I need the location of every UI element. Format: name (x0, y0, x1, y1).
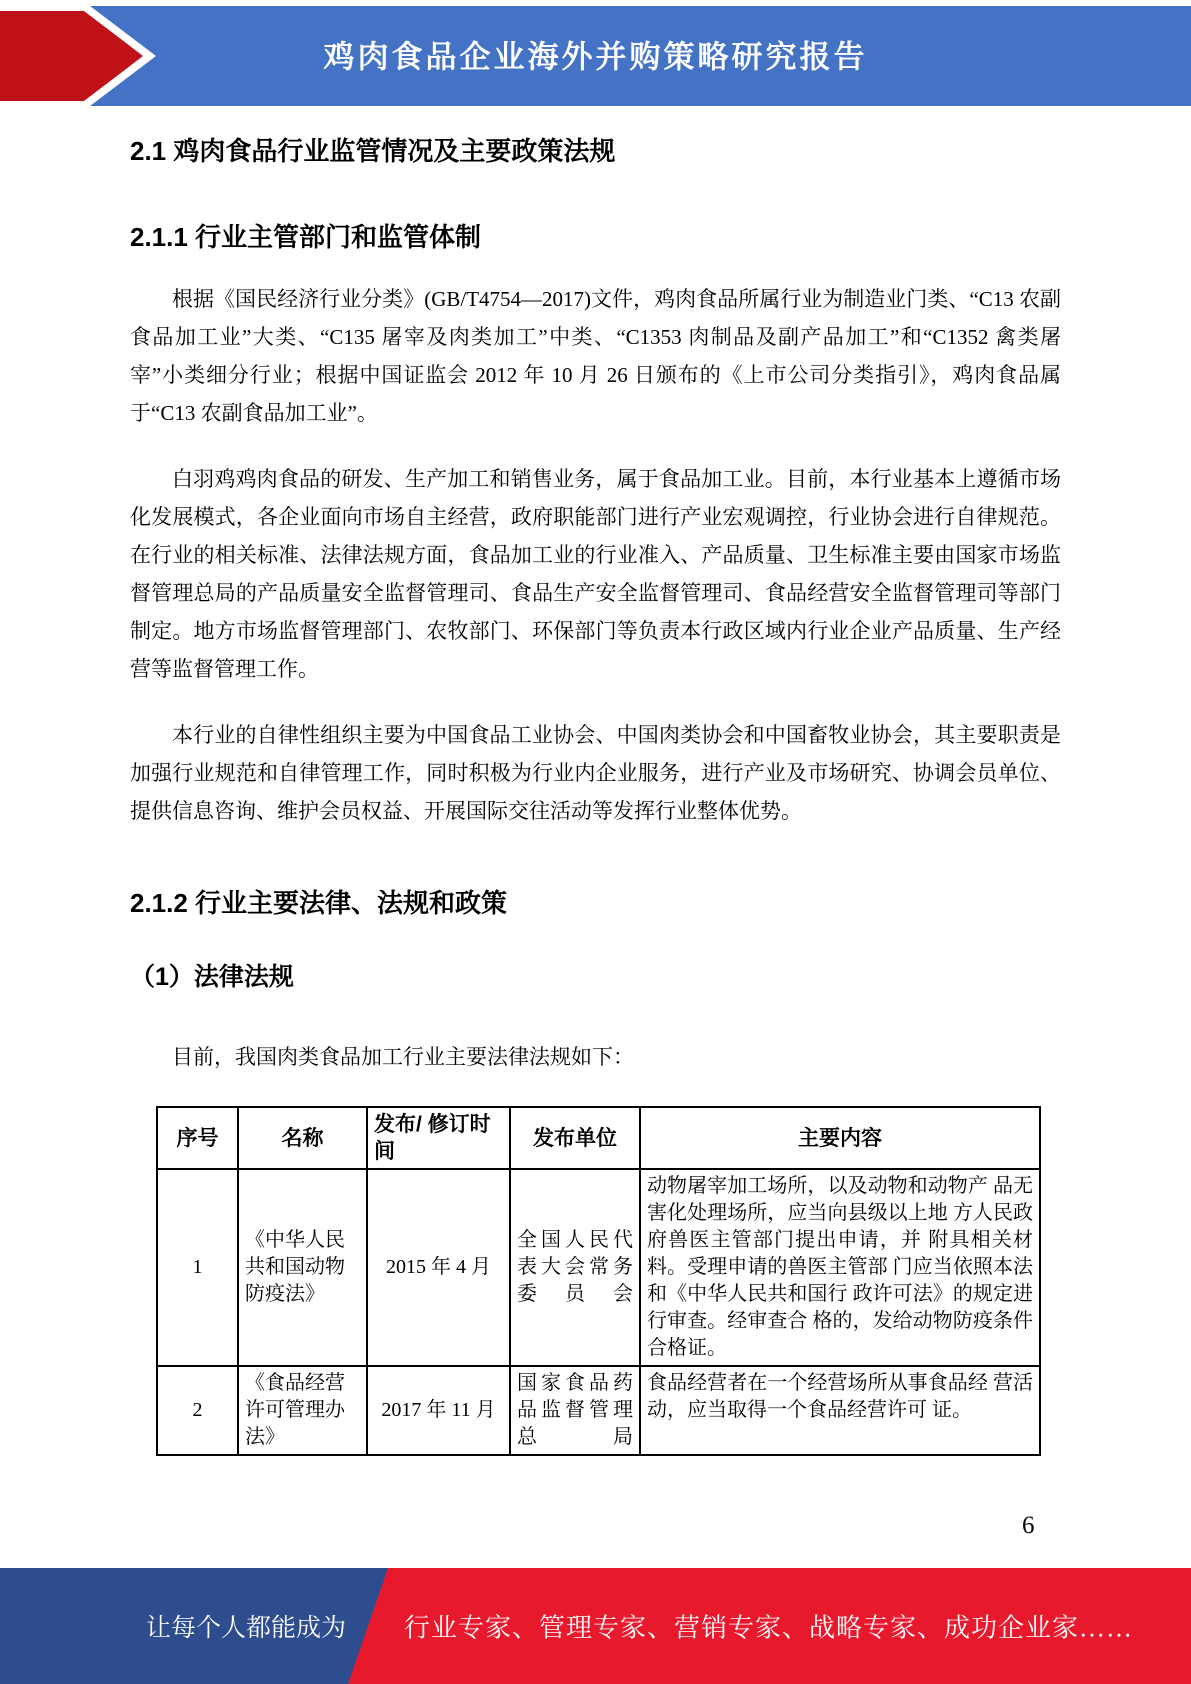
table-row: 2 《食品经营许可管理办法》 2017 年 11 月 国家食品药品监督管理总局 … (157, 1366, 1040, 1455)
footer-slogan-right: 行业专家、管理专家、营销专家、战略专家、成功企业家…… (404, 1608, 1133, 1645)
col-header-issuer: 发布单位 (510, 1107, 640, 1169)
section-heading-2-1-2: 2.1.2 行业主要法律、法规和政策 (130, 886, 1061, 920)
paragraph-self-regulatory-organizations: 本行业的自律性组织主要为中国食品工业协会、中国肉类协会和中国畜牧业协会，其主要职… (130, 716, 1061, 830)
law-1-content: 动物屠宰加工场所，以及动物和动物产 品无害化处理场所，应当向县级以上地 方人民政… (640, 1169, 1040, 1366)
law-1-number: 1 (157, 1169, 238, 1366)
col-header-date: 发布/ 修订时间 (367, 1107, 510, 1169)
col-header-number: 序号 (157, 1107, 238, 1169)
header-banner: 鸡肉食品企业海外并购策略研究报告 (0, 6, 1191, 106)
table-intro-text: 目前，我国肉类食品加工行业主要法律法规如下： (130, 1038, 1061, 1076)
table-row: 1 《中华人民共和国动物防疫法》 2015 年 4 月 全国人民代表大会常务委员… (157, 1169, 1040, 1366)
law-2-number: 2 (157, 1366, 238, 1455)
footer-slogan-left: 让每个人都能成为 (146, 1608, 346, 1644)
report-title: 鸡肉食品企业海外并购策略研究报告 (0, 32, 1191, 77)
paragraph-regulation-system: 白羽鸡鸡肉食品的研发、生产加工和销售业务，属于食品加工业。目前，本行业基本上遵循… (130, 460, 1061, 688)
law-2-content: 食品经营者在一个经营场所从事食品经 营活动，应当取得一个食品经营许可 证。 (640, 1366, 1040, 1455)
law-2-name: 《食品经营许可管理办法》 (238, 1366, 367, 1455)
law-1-issuer: 全国人民代表大会常务委员会 (510, 1169, 640, 1366)
law-1-date: 2015 年 4 月 (367, 1169, 510, 1366)
laws-table: 序号 名称 发布/ 修订时间 发布单位 主要内容 1 《中华人民共和国动物防疫法… (156, 1106, 1041, 1456)
law-2-date: 2017 年 11 月 (367, 1366, 510, 1455)
subsection-heading-laws: （1）法律法规 (130, 960, 1061, 994)
laws-table-header-row: 序号 名称 发布/ 修订时间 发布单位 主要内容 (157, 1107, 1040, 1169)
page-number: 6 (1022, 1512, 1035, 1540)
report-page: 鸡肉食品企业海外并购策略研究报告 2.1 鸡肉食品行业监管情况及主要政策法规 2… (0, 0, 1191, 1684)
col-header-name: 名称 (238, 1107, 367, 1169)
section-heading-2-1: 2.1 鸡肉食品行业监管情况及主要政策法规 (130, 134, 1061, 168)
document-body: 2.1 鸡肉食品行业监管情况及主要政策法规 2.1.1 行业主管部门和监管体制 … (130, 106, 1061, 1456)
col-header-content: 主要内容 (640, 1107, 1040, 1169)
footer-banner: 让每个人都能成为 行业专家、管理专家、营销专家、战略专家、成功企业家…… (0, 1568, 1191, 1684)
law-2-issuer: 国家食品药品监督管理总局 (510, 1366, 640, 1455)
section-heading-2-1-1: 2.1.1 行业主管部门和监管体制 (130, 220, 1061, 254)
paragraph-industry-classification: 根据《国民经济行业分类》(GB/T4754—2017)文件，鸡肉食品所属行业为制… (130, 280, 1061, 432)
law-1-name: 《中华人民共和国动物防疫法》 (238, 1169, 367, 1366)
